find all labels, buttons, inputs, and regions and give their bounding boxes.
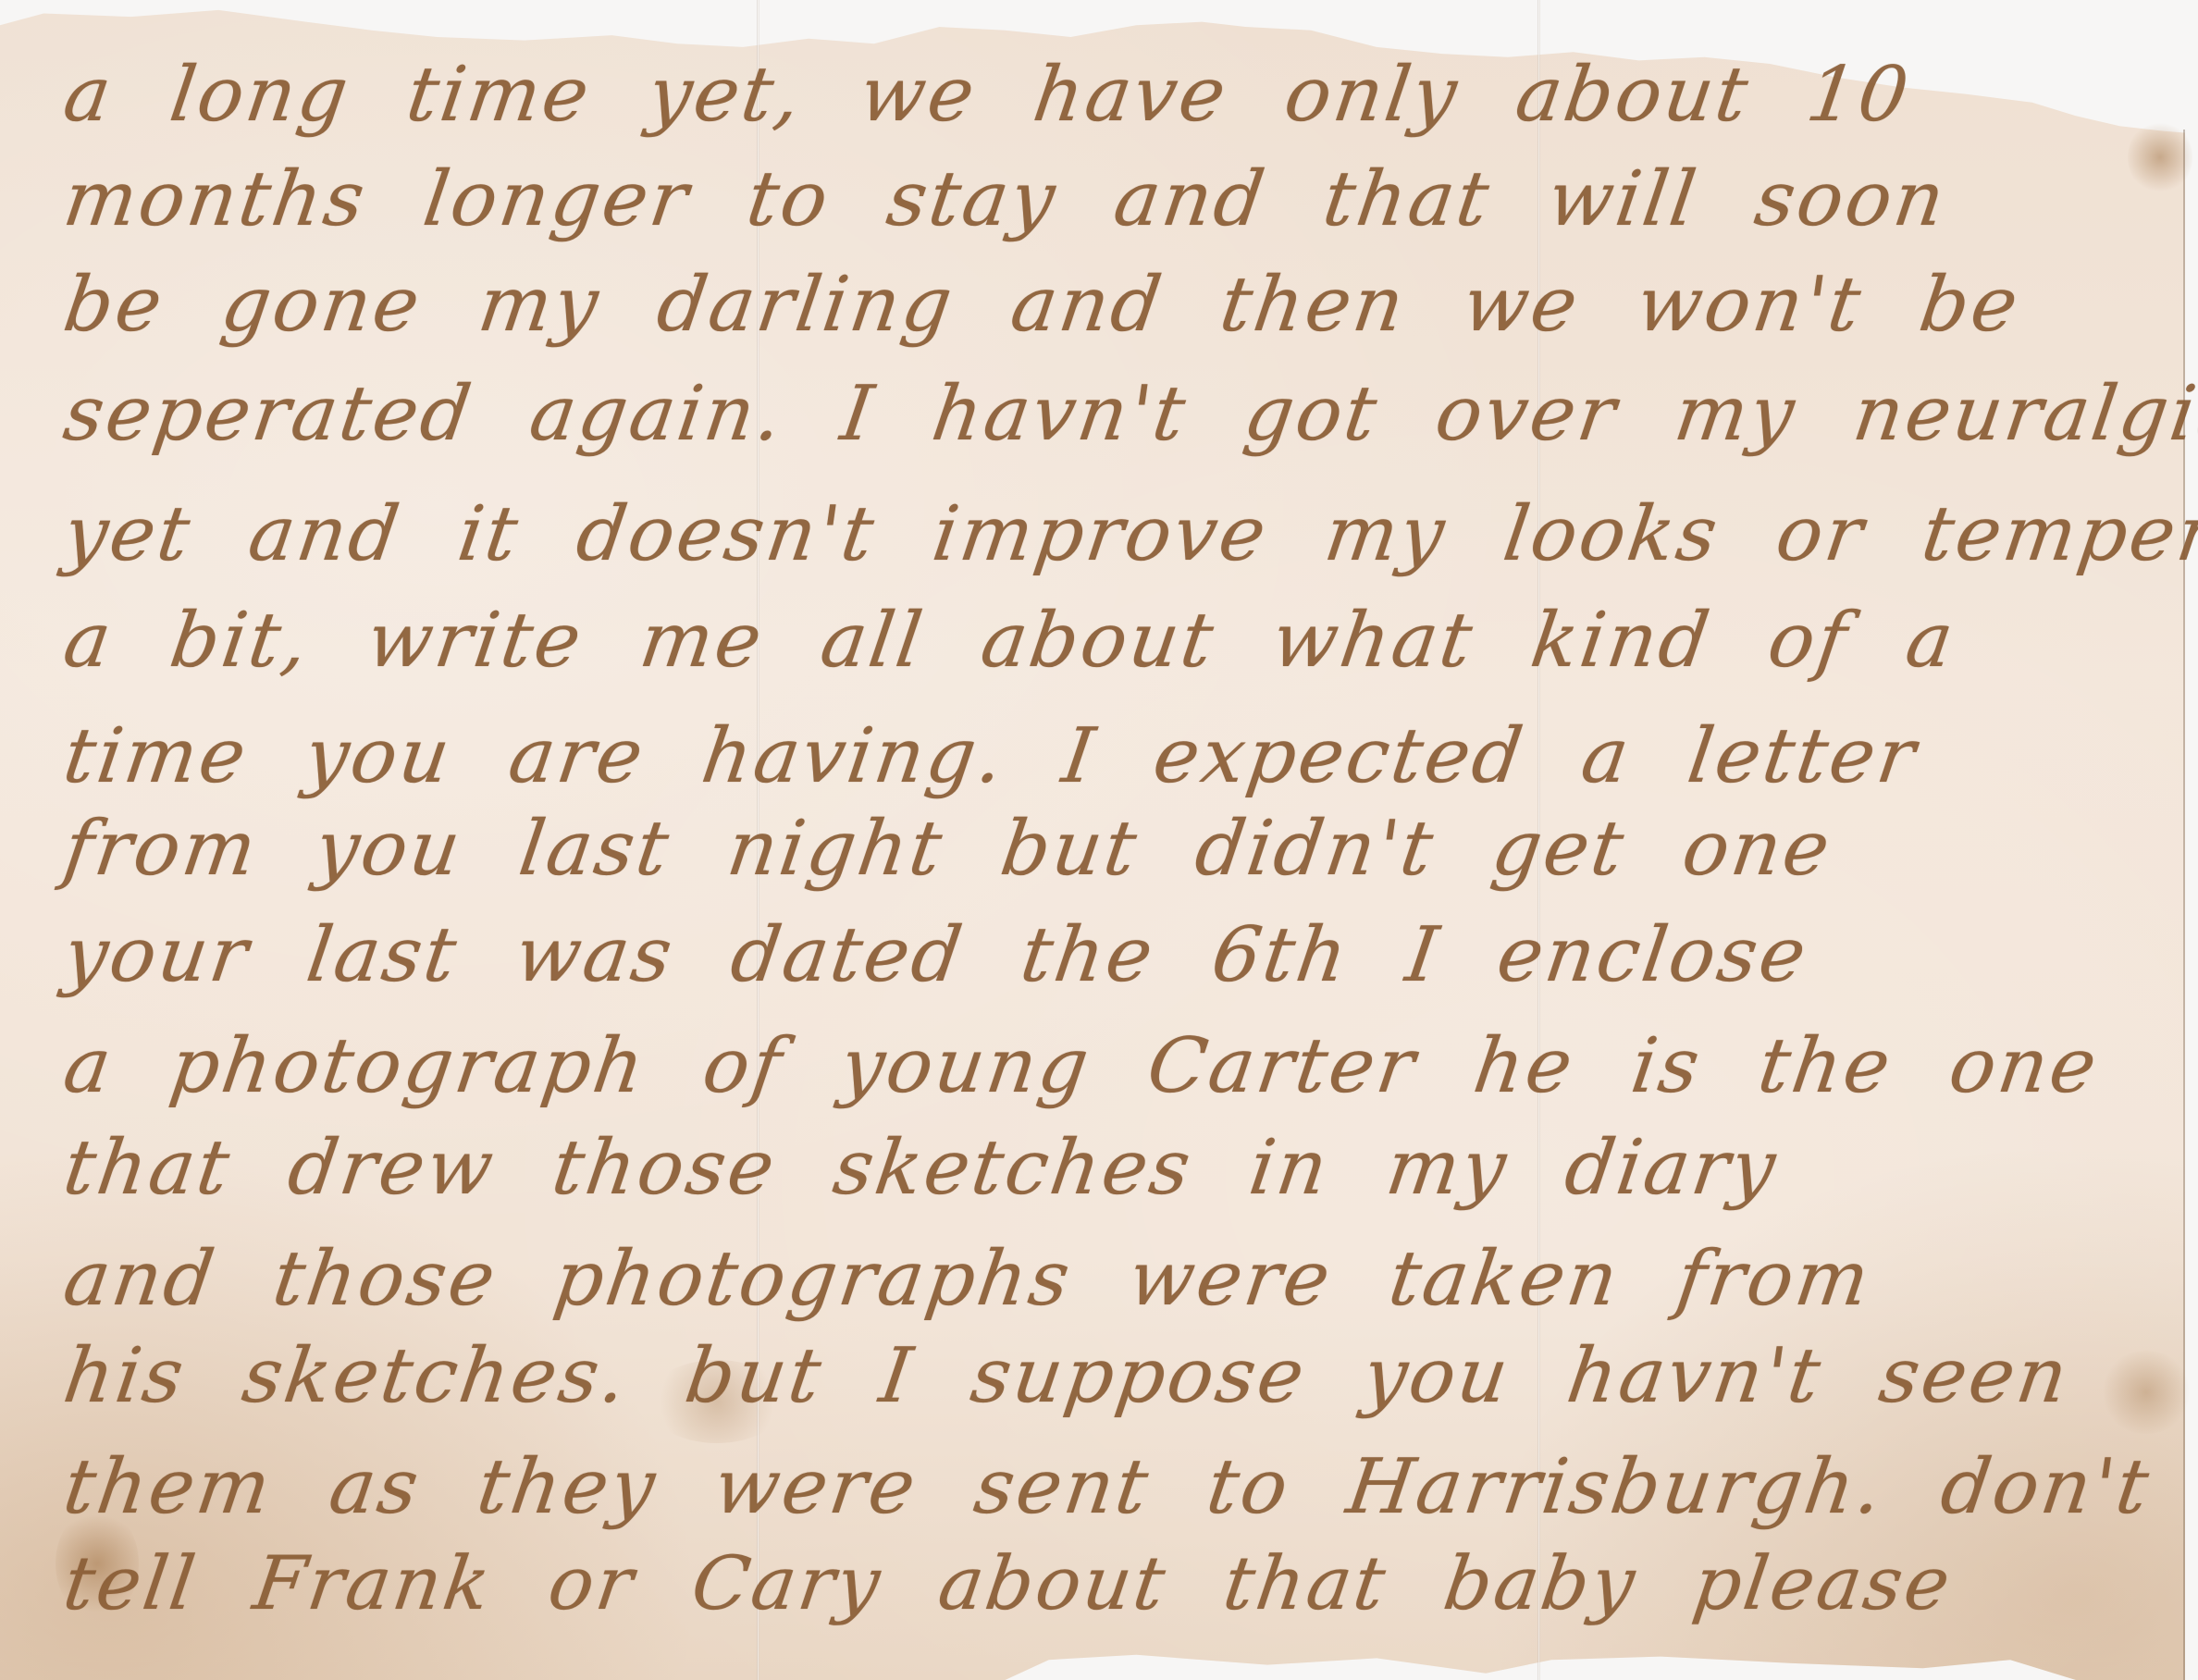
letter-line-2: months longer to stay and that will soon <box>58 155 2148 243</box>
letter-line-1: a long time yet, we have only about 10 <box>58 51 2148 139</box>
letter-line-14: them as they were sent to Harrisburgh. d… <box>58 1443 2148 1531</box>
paper-right-edge <box>2183 130 2185 1680</box>
letter-line-9: your last was dated the 6th I enclose <box>58 911 2148 999</box>
letter-line-10: a photograph of young Carter he is the o… <box>58 1022 2148 1110</box>
letter-line-13: his sketches. but I suppose you havn't s… <box>58 1332 2148 1420</box>
letter-line-7: time you are having. I expected a letter <box>58 712 2148 800</box>
letter-line-11: that drew those sketches in my diary <box>58 1124 2148 1212</box>
letter-line-6: a bit, write me all about what kind of a <box>58 597 2148 685</box>
letter-line-15: tell Frank or Cary about that baby pleas… <box>58 1540 2148 1626</box>
letter-line-5: yet and it doesn't improve my looks or t… <box>58 490 2148 578</box>
letter-line-3: be gone my darling and then we won't be <box>58 261 2148 349</box>
letter-line-4: seperated again. I havn't got over my ne… <box>58 370 2148 458</box>
letter-line-12: and those photographs were taken from <box>58 1235 2148 1323</box>
letter-line-8: from you last night but didn't get one <box>58 805 2148 893</box>
